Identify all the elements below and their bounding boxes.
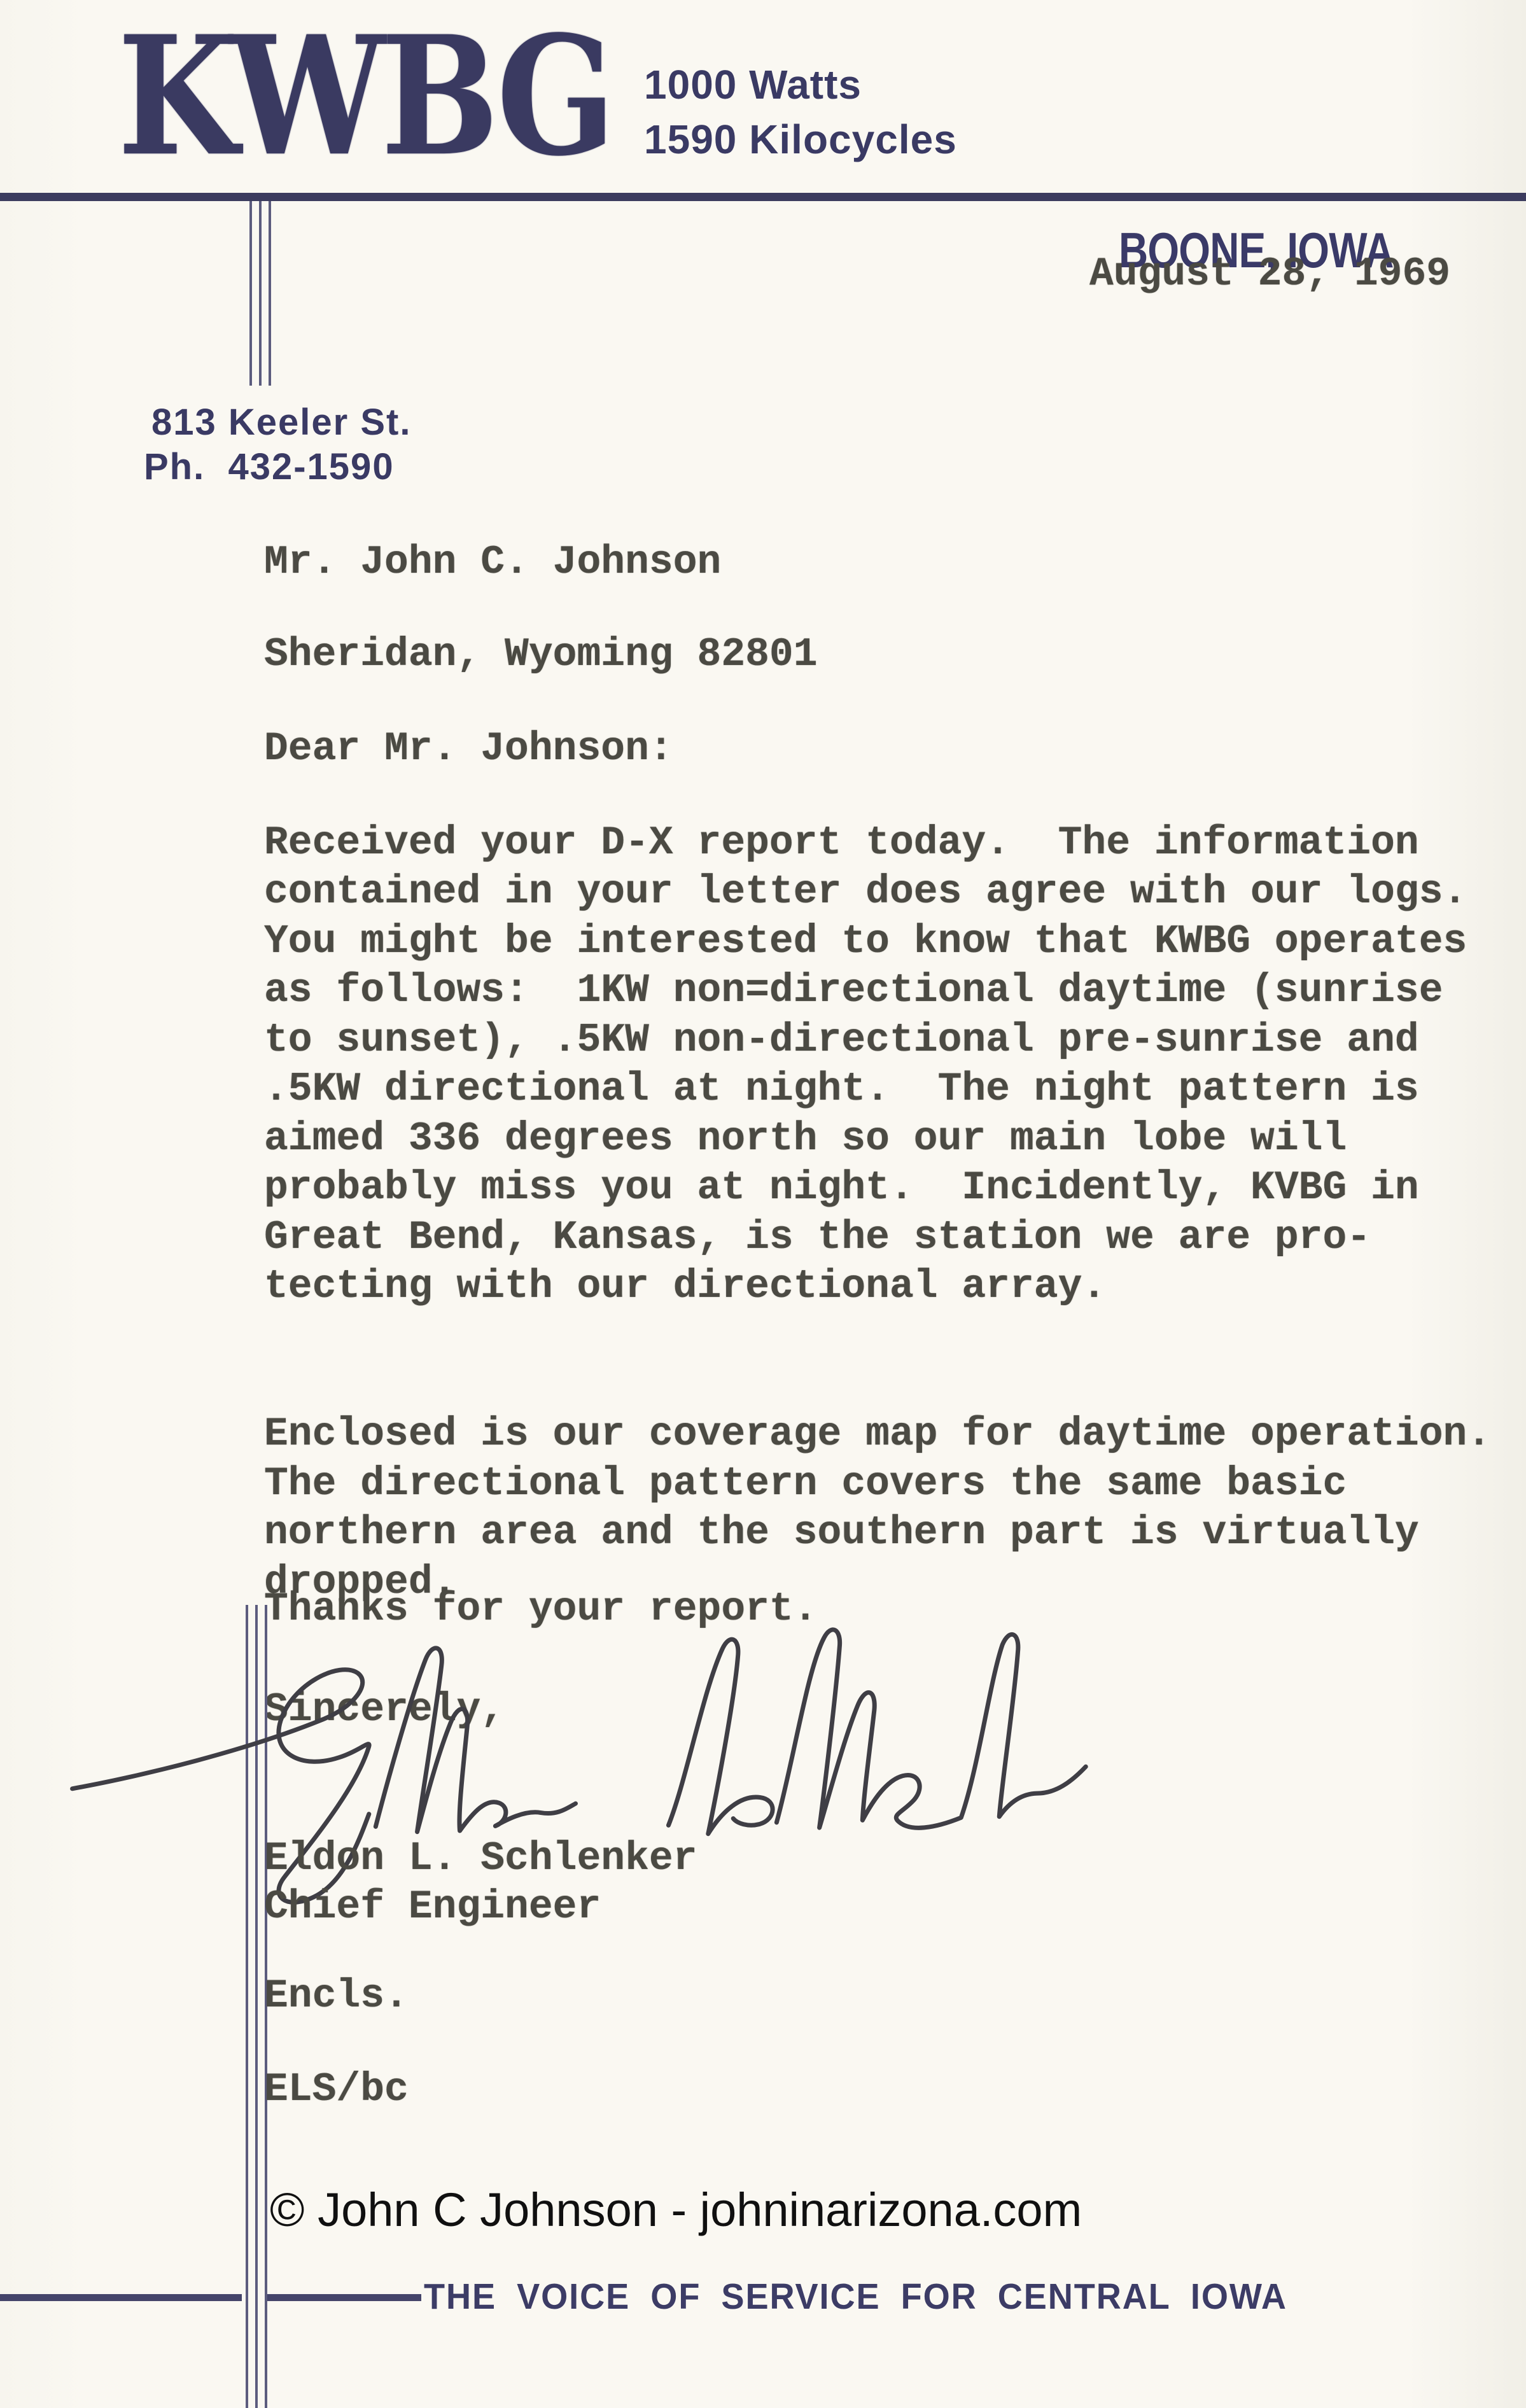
body-line: Enclosed is our coverage map for daytime…: [264, 1410, 1491, 1459]
signer-name: Eldon L. Schlenker: [264, 1834, 697, 1883]
station-phone: Ph. 432-1590: [144, 445, 395, 488]
letter-page: KWBG 1000 Watts 1590 Kilocycles BOONE, I…: [0, 0, 1526, 2408]
reference-line: ELS/bc: [264, 2065, 409, 2114]
body-line: aimed 336 degrees north so our main lobe…: [264, 1114, 1347, 1163]
body-line: You might be interested to know that KWB…: [264, 917, 1467, 966]
salutation: Dear Mr. Johnson:: [264, 724, 673, 773]
enclosure-line: Encls.: [264, 1971, 409, 2020]
station-power: 1000 Watts: [644, 61, 862, 108]
ornament-line: [269, 201, 271, 386]
letterhead-rule: [0, 193, 1526, 201]
footer-rule-right: [267, 2294, 421, 2301]
signer-title: Chief Engineer: [264, 1882, 601, 1931]
ornament-line: [259, 201, 262, 386]
body-line: to sunset), .5KW non-directional pre-sun…: [264, 1016, 1419, 1065]
recipient-city: Sheridan, Wyoming 82801: [264, 630, 818, 679]
body-line: Received your D-X report today. The info…: [264, 818, 1419, 867]
body-line: probably miss you at night. Incidently, …: [264, 1163, 1419, 1212]
body-line: The directional pattern covers the same …: [264, 1459, 1347, 1508]
body-line: contained in your letter does agree with…: [264, 867, 1467, 916]
letter-date: August 28, 1969: [1089, 249, 1450, 298]
footer-slogan: THE VOICE OF SERVICE FOR CENTRAL IOWA: [424, 2276, 1287, 2318]
body-line: tecting with our directional array.: [264, 1262, 1106, 1311]
station-street: 813 Keeler St.: [151, 401, 411, 444]
ornament-line: [249, 201, 252, 386]
copyright-watermark: © John C Johnson - johninarizona.com: [270, 2183, 1082, 2237]
body-line: .5KW directional at night. The night pat…: [264, 1065, 1419, 1114]
body-line: northern area and the southern part is v…: [264, 1508, 1419, 1557]
footer-rule-left: [0, 2294, 242, 2301]
recipient-name: Mr. John C. Johnson: [264, 538, 721, 587]
body-line: Great Bend, Kansas, is the station we ar…: [264, 1213, 1371, 1262]
station-frequency: 1590 Kilocycles: [644, 116, 957, 163]
station-logo: KWBG: [118, 15, 611, 179]
body-line: as follows: 1KW non=directional daytime …: [264, 966, 1443, 1015]
